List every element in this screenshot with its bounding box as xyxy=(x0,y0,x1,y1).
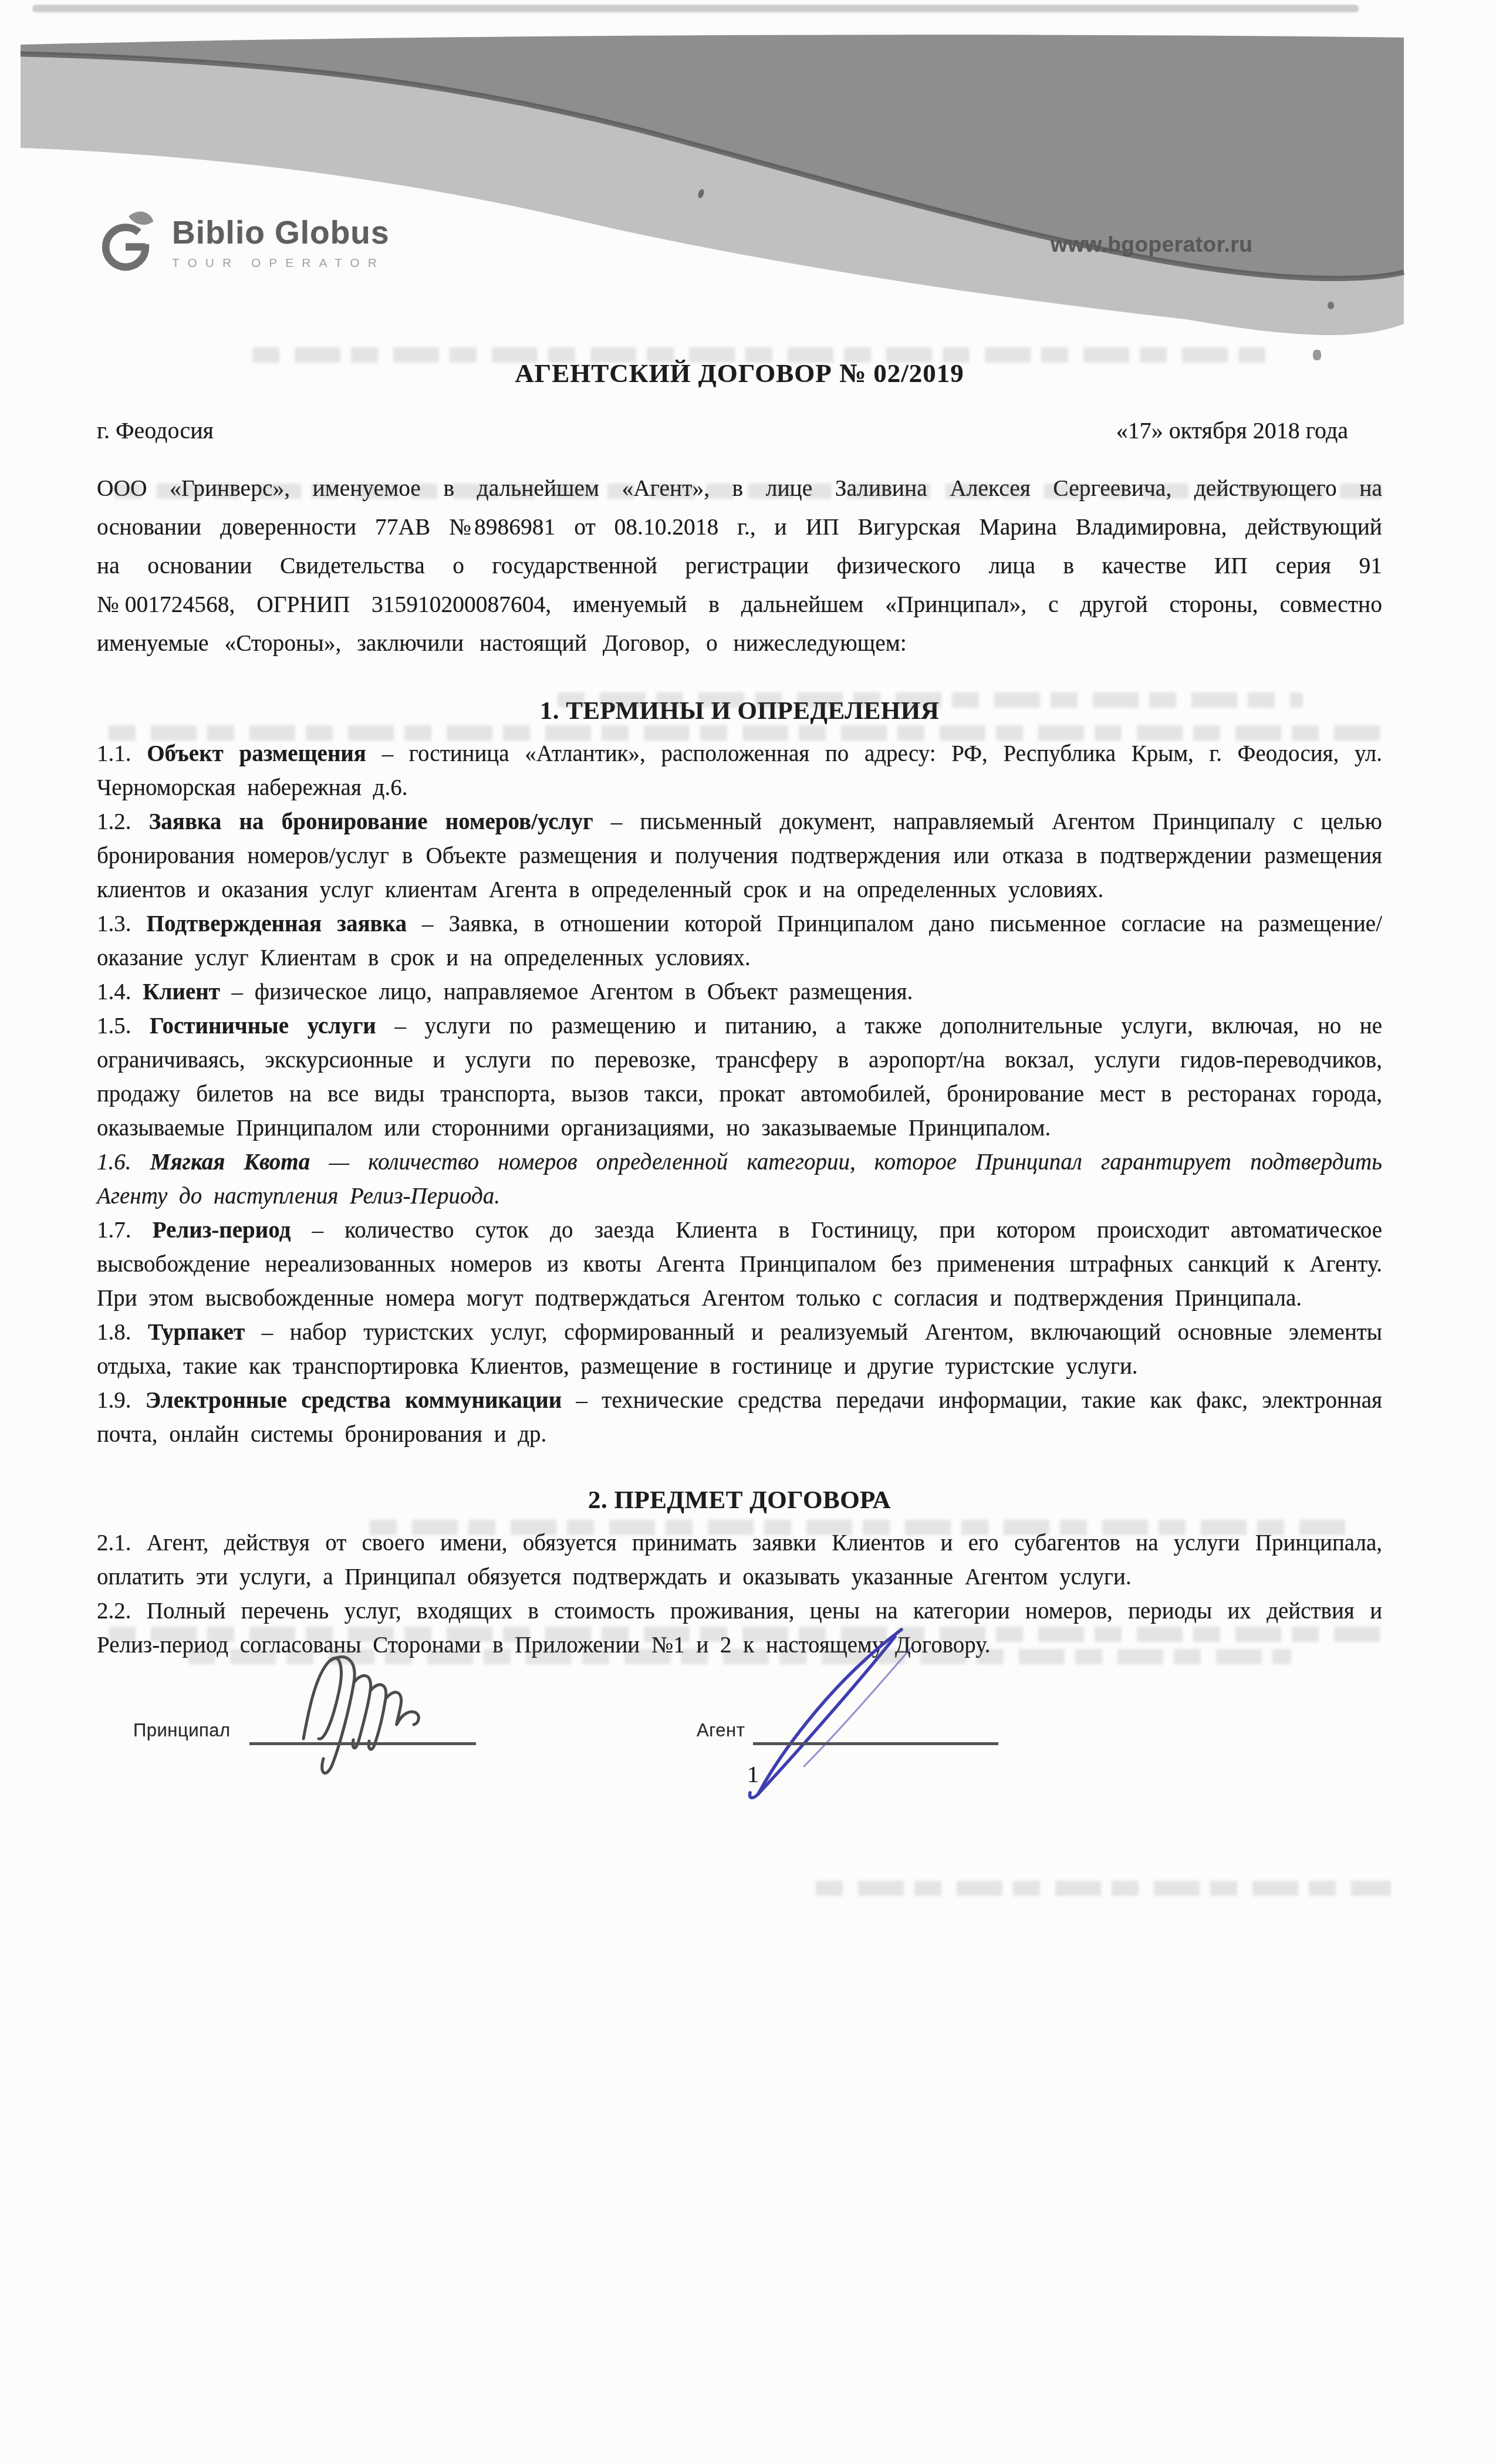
logo: Biblio Globus TOUR OPERATOR xyxy=(100,205,389,277)
header-wave-graphic xyxy=(0,0,1496,376)
clause-1.1: 1.1. Объект размещения – гостиница «Атла… xyxy=(97,737,1382,805)
clause-1.2: 1.2. Заявка на бронирование номеров/услу… xyxy=(97,805,1382,907)
city-label: г. Феодосия xyxy=(97,417,214,444)
clause-1.8: 1.8. Турпакет – набор туристских услуг, … xyxy=(97,1316,1382,1384)
page-number: 1 xyxy=(730,1760,776,1788)
clause-1.3: 1.3. Подтвержденная заявка – Заявка, в о… xyxy=(97,907,1382,975)
ghost-bleedthrough xyxy=(109,725,1382,741)
section-heading: 2. ПРЕДМЕТ ДОГОВОРА xyxy=(97,1486,1382,1515)
ghost-bleedthrough xyxy=(252,347,1279,363)
clause-1.5: 1.5. Гостиничные услуги – услуги по разм… xyxy=(97,1009,1382,1145)
website-url: www.bgoperator.ru xyxy=(1051,232,1252,257)
principal-signature-line xyxy=(249,1742,476,1745)
principal-label: Принципал xyxy=(133,1720,231,1741)
principal-signature-ink xyxy=(303,1657,418,1773)
signature-block: Принципал Агент 1 xyxy=(97,1711,1382,1892)
ghost-bleedthrough xyxy=(188,1649,1291,1664)
ghost-bleedthrough xyxy=(114,484,1382,499)
ghost-bleedthrough xyxy=(558,692,1303,708)
ghost-bleedthrough xyxy=(370,1520,1356,1535)
clause-1.6: 1.6. Мягкая Квота — количество номеров о… xyxy=(97,1145,1382,1214)
clause-1.4: 1.4. Клиент – физическое лицо, направляе… xyxy=(97,975,1382,1009)
logo-globe-icon xyxy=(100,205,161,277)
logo-name: Biblio Globus xyxy=(172,214,389,251)
logo-tagline: TOUR OPERATOR xyxy=(172,256,389,271)
scanned-page: Biblio Globus TOUR OPERATOR www.bgoperat… xyxy=(0,0,1496,2464)
ghost-bleedthrough xyxy=(816,1881,1391,1896)
logo-text: Biblio Globus TOUR OPERATOR xyxy=(172,205,389,271)
agent-label: Агент xyxy=(697,1720,745,1741)
clause-1.7: 1.7. Релиз-период – количество суток до … xyxy=(97,1214,1382,1316)
ink-speck xyxy=(1328,302,1334,309)
clause-1.9: 1.9. Электронные средства коммуникации –… xyxy=(97,1384,1382,1452)
date-label: «17» октября 2018 года xyxy=(1116,417,1348,444)
sections: 1. ТЕРМИНЫ И ОПРЕДЕЛЕНИЯ1.1. Объект разм… xyxy=(97,697,1382,1662)
agent-signature-line xyxy=(753,1742,998,1745)
clause-2.1: 2.1. Агент, действуя от своего имени, об… xyxy=(97,1526,1382,1594)
ink-speck xyxy=(1313,350,1321,360)
ghost-bleedthrough xyxy=(109,1627,1382,1642)
meta-row: г. Феодосия «17» октября 2018 года xyxy=(97,417,1382,444)
